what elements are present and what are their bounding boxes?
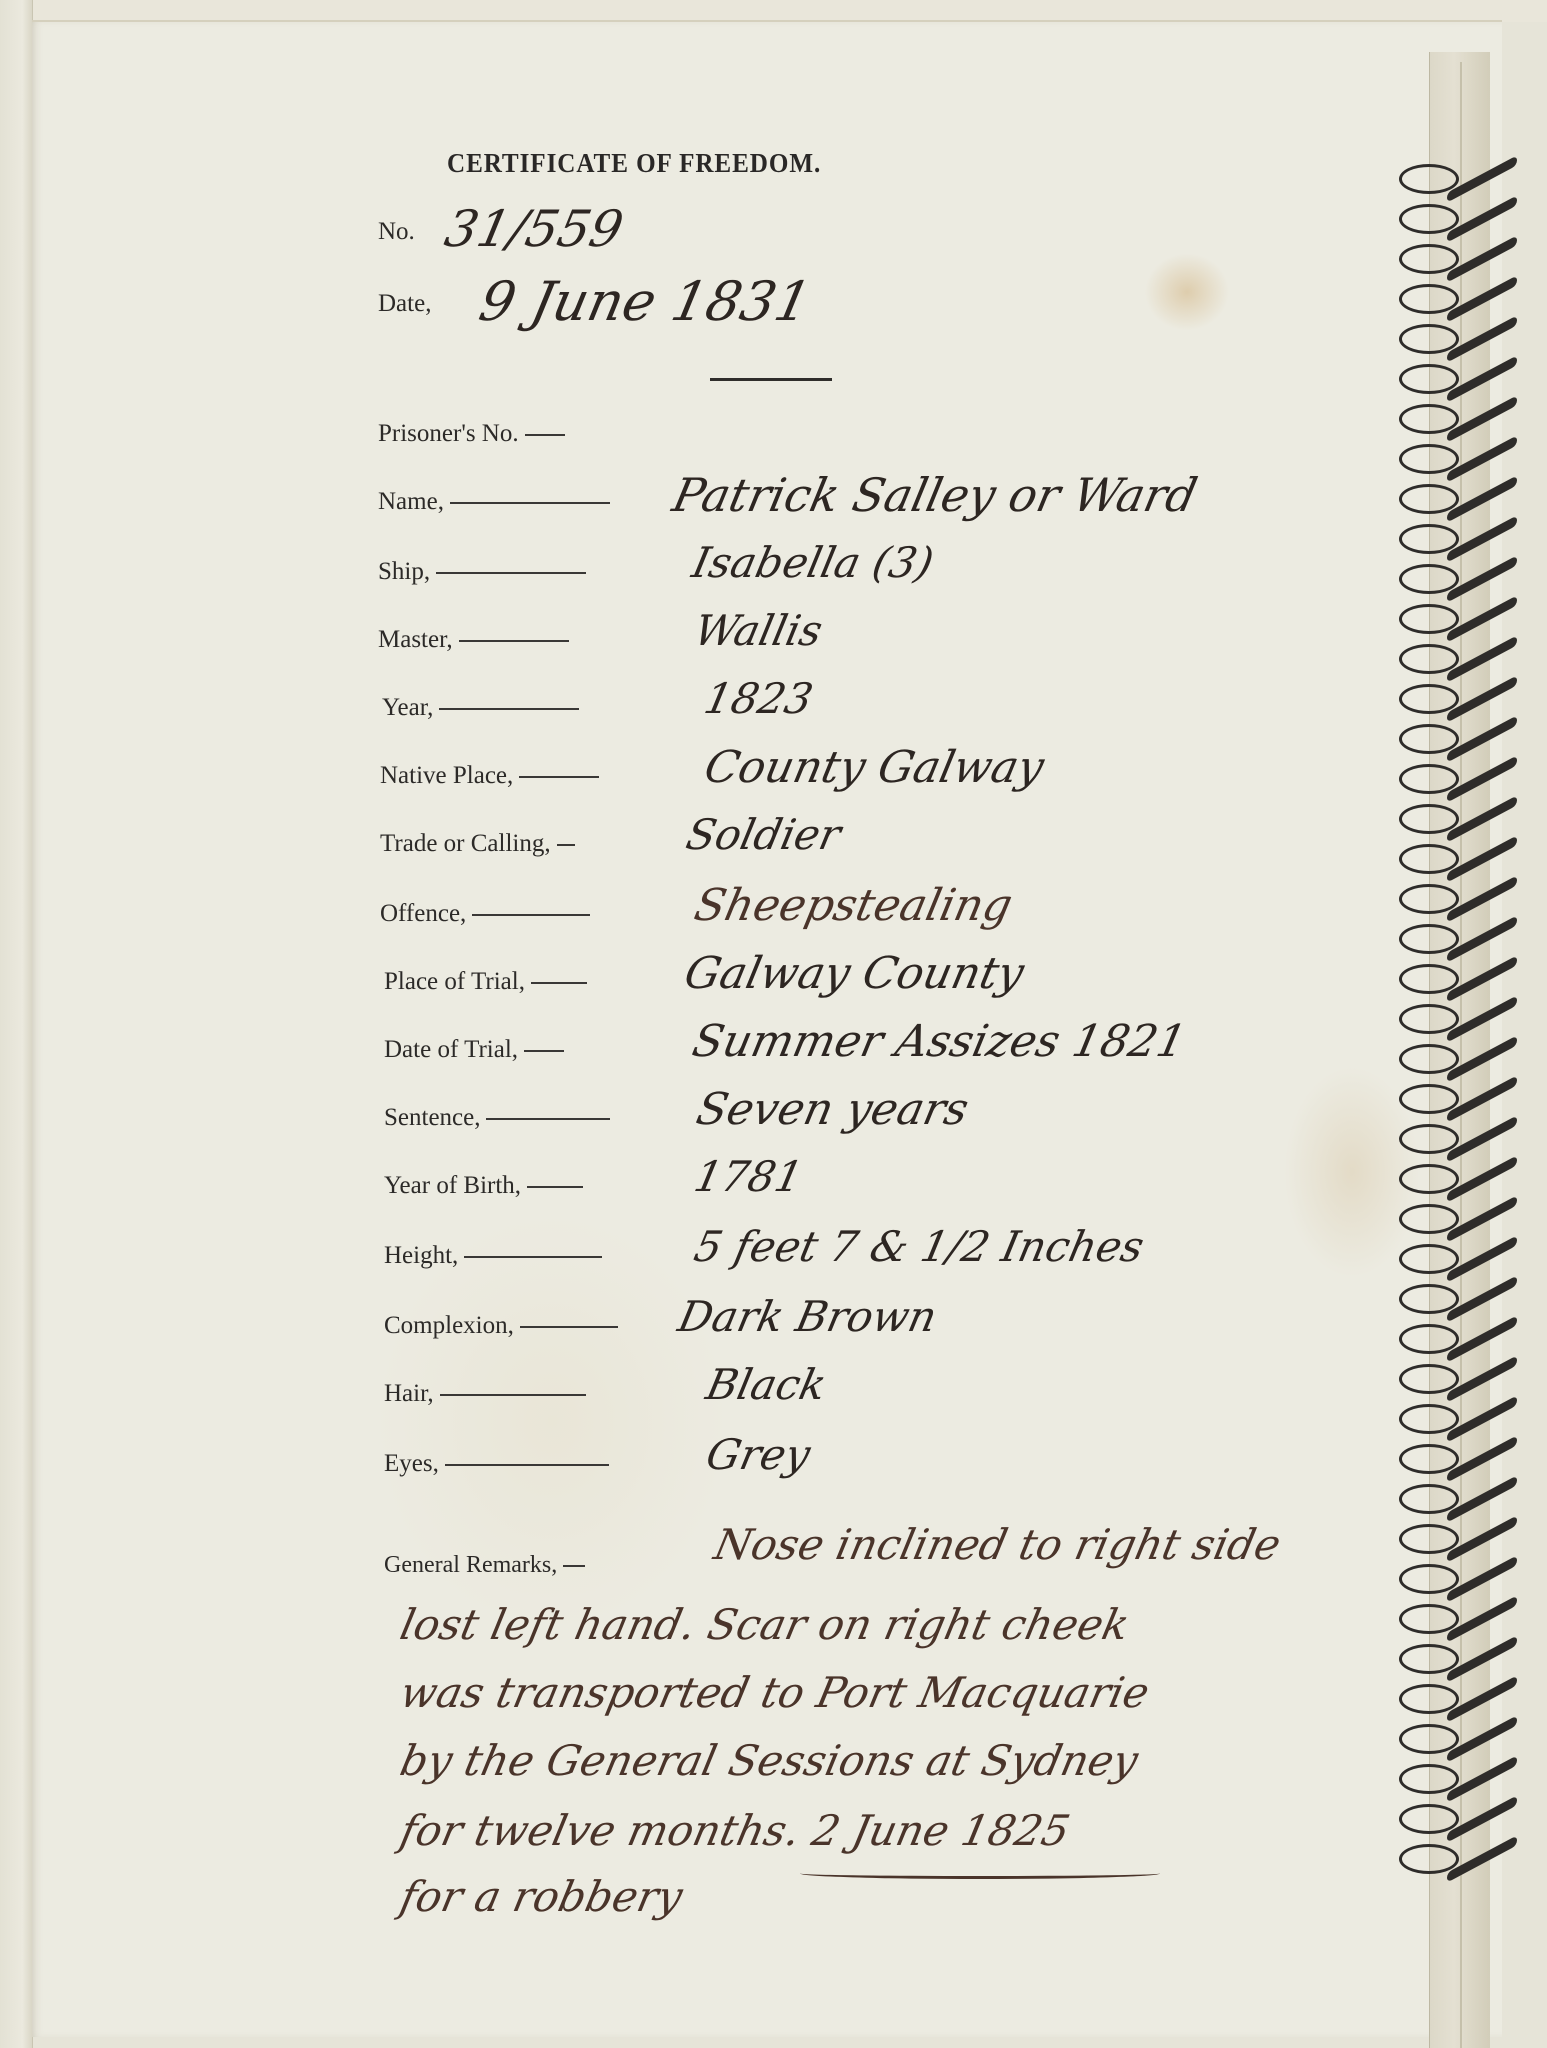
certificate-number: 31/559: [440, 200, 628, 258]
leader-dash: [531, 982, 587, 984]
ornament-loop: [1395, 360, 1535, 400]
loop-icon: [1399, 1644, 1459, 1674]
field-label-text: Ship,: [378, 558, 430, 585]
loop-icon: [1399, 1324, 1459, 1354]
remarks-label: General Remarks,: [384, 1552, 585, 1579]
ornament-loop: [1395, 1840, 1535, 1880]
field-label: Master,: [378, 626, 569, 654]
ornament-loop: [1395, 440, 1535, 480]
ornament-loop: [1395, 400, 1535, 440]
loop-icon: [1399, 964, 1459, 994]
remarks-line-4: by the General Sessions at Sydney: [396, 1736, 1142, 1785]
field-label: Hair,: [384, 1380, 586, 1408]
ornament-loop: [1395, 320, 1535, 360]
field-label-text: Hair,: [384, 1380, 434, 1407]
loop-icon: [1399, 1764, 1459, 1794]
field-value: Black: [702, 1360, 831, 1409]
leader-dash: [524, 1050, 564, 1052]
loop-icon: [1399, 884, 1459, 914]
loop-icon: [1399, 324, 1459, 354]
ornament-loop: [1395, 1680, 1535, 1720]
ornament-loop: [1395, 1640, 1535, 1680]
ornament-loop: [1395, 1280, 1535, 1320]
title-divider: [710, 378, 832, 381]
leader-dash: [450, 502, 610, 504]
loop-icon: [1399, 1124, 1459, 1154]
leader-dash: [472, 914, 590, 916]
ornament-loop: [1395, 800, 1535, 840]
loop-icon: [1399, 684, 1459, 714]
loop-icon: [1399, 1604, 1459, 1634]
field-label: Native Place,: [380, 762, 599, 790]
ornament-loop: [1395, 720, 1535, 760]
leader-dash: [557, 844, 575, 846]
ornament-loop: [1395, 1760, 1535, 1800]
field-label: Complexion,: [384, 1312, 618, 1340]
loop-icon: [1399, 244, 1459, 274]
field-label-text: Complexion,: [384, 1312, 514, 1339]
ornament-loop: [1395, 520, 1535, 560]
loop-icon: [1399, 1444, 1459, 1474]
ornament-loop: [1395, 1480, 1535, 1520]
field-label-text: Place of Trial,: [384, 968, 525, 995]
loop-icon: [1399, 1084, 1459, 1114]
loop-icon: [1399, 644, 1459, 674]
leader-dash: [486, 1118, 610, 1120]
loop-icon: [1399, 1164, 1459, 1194]
backdrop: [0, 0, 1547, 22]
ornament-loop: [1395, 920, 1535, 960]
ornament-loop: [1395, 1200, 1535, 1240]
ornament-loop: [1395, 1400, 1535, 1440]
field-value: County Galway: [700, 742, 1048, 793]
date-label: Date,: [378, 290, 431, 318]
ornament-loop: [1395, 280, 1535, 320]
left-page-edge: [0, 0, 33, 2048]
field-value: Dark Brown: [674, 1292, 941, 1341]
loop-icon: [1399, 1284, 1459, 1314]
ornament-loop: [1395, 160, 1535, 200]
field-value: Grey: [702, 1430, 815, 1479]
field-value: Seven years: [692, 1084, 973, 1135]
remarks-label-text: General Remarks,: [384, 1552, 557, 1578]
document-title: CERTIFICATE OF FREEDOM.: [447, 148, 821, 179]
ornament-loop: [1395, 1240, 1535, 1280]
loop-icon: [1399, 564, 1459, 594]
ornament-loop: [1395, 480, 1535, 520]
field-value: Wallis: [690, 606, 827, 655]
ornament-loop: [1395, 240, 1535, 280]
field-label: Place of Trial,: [384, 968, 587, 996]
field-label-text: Name,: [378, 488, 444, 515]
field-value: Summer Assizes 1821: [688, 1016, 1191, 1067]
leader-dash: [519, 776, 599, 778]
loop-icon: [1399, 1804, 1459, 1834]
remarks-line-3: was transported to Port Macquarie: [396, 1668, 1154, 1717]
loop-icon: [1399, 924, 1459, 954]
loop-icon: [1399, 604, 1459, 634]
field-label-text: Date of Trial,: [384, 1036, 518, 1063]
closing-flourish: [800, 1868, 1160, 1879]
ornament-loop: [1395, 680, 1535, 720]
field-label-text: Master,: [378, 626, 453, 653]
ornament-loop: [1395, 600, 1535, 640]
ornament-loop: [1395, 840, 1535, 880]
loop-icon: [1399, 284, 1459, 314]
loop-icon: [1399, 764, 1459, 794]
field-label: Name,: [378, 488, 610, 516]
ornament-loop: [1395, 1600, 1535, 1640]
ornament-loop: [1395, 1800, 1535, 1840]
field-label-text: Native Place,: [380, 762, 513, 789]
loop-icon: [1399, 1484, 1459, 1514]
field-label-text: Eyes,: [384, 1450, 439, 1477]
field-label: Trade or Calling,: [380, 830, 575, 858]
ornament-loop: [1395, 1560, 1535, 1600]
loop-icon: [1399, 844, 1459, 874]
certificate-date: 9 June 1831: [474, 270, 817, 333]
leader-dash: [525, 434, 565, 436]
leader-dash: [464, 1256, 602, 1258]
loop-icon: [1399, 484, 1459, 514]
remarks-line-1: Nose inclined to right side: [710, 1520, 1285, 1569]
ornament-loop: [1395, 200, 1535, 240]
leader-dash: [563, 1565, 585, 1567]
ornament-loop: [1395, 1120, 1535, 1160]
leader-dash: [436, 572, 586, 574]
number-label: No.: [378, 218, 415, 246]
ornament-loop: [1395, 880, 1535, 920]
loop-icon: [1399, 404, 1459, 434]
field-label-text: Prisoner's No.: [378, 420, 519, 447]
field-label: Offence,: [380, 900, 590, 928]
field-label: Height,: [384, 1242, 602, 1270]
field-value: 1823: [700, 674, 817, 723]
field-value: Patrick Salley or Ward: [668, 468, 1202, 522]
ornament-loop: [1395, 640, 1535, 680]
ornament-loop: [1395, 1360, 1535, 1400]
loop-icon: [1399, 444, 1459, 474]
leader-dash: [527, 1186, 583, 1188]
loop-icon: [1399, 1364, 1459, 1394]
field-label: Date of Trial,: [384, 1036, 564, 1064]
ornament-loop: [1395, 1080, 1535, 1120]
leader-dash: [445, 1464, 609, 1466]
ornament-loop: [1395, 560, 1535, 600]
loop-icon: [1399, 1404, 1459, 1434]
field-label: Eyes,: [384, 1450, 609, 1478]
loop-icon: [1399, 1684, 1459, 1714]
remarks-line-2: lost left hand. Scar on right cheek: [396, 1600, 1134, 1649]
field-label: Ship,: [378, 558, 586, 586]
field-label: Year of Birth,: [384, 1172, 583, 1200]
loop-icon: [1399, 204, 1459, 234]
remarks-line-5: for twelve months. 2 June 1825: [396, 1806, 1074, 1855]
loop-icon: [1399, 1204, 1459, 1234]
field-value: 1781: [690, 1152, 807, 1201]
loop-icon: [1399, 1244, 1459, 1274]
loop-icon: [1399, 1724, 1459, 1754]
field-value: Galway County: [680, 948, 1028, 999]
ornament-loop: [1395, 1000, 1535, 1040]
field-value: Soldier: [682, 810, 845, 859]
ornament-loop: [1395, 960, 1535, 1000]
field-label-text: Trade or Calling,: [380, 830, 551, 857]
loop-icon: [1399, 1844, 1459, 1874]
field-label-text: Height,: [384, 1242, 458, 1269]
leader-dash: [440, 1394, 586, 1396]
field-label: Prisoner's No.: [378, 420, 565, 448]
loop-icon: [1399, 1044, 1459, 1074]
ornament-loop: [1395, 1440, 1535, 1480]
field-label-text: Year,: [382, 694, 433, 721]
loop-icon: [1399, 1524, 1459, 1554]
field-label-text: Year of Birth,: [384, 1172, 521, 1199]
leader-dash: [520, 1326, 618, 1328]
field-label: Year,: [382, 694, 579, 722]
loop-icon: [1399, 364, 1459, 394]
ornament-loop: [1395, 1320, 1535, 1360]
loop-icon: [1399, 1004, 1459, 1034]
ornamental-border: [1395, 160, 1535, 1880]
field-value: Sheepstealing: [690, 880, 1017, 931]
loop-icon: [1399, 164, 1459, 194]
remarks-line-6: for a robbery: [396, 1872, 687, 1921]
loop-icon: [1399, 804, 1459, 834]
leader-dash: [439, 708, 579, 710]
loop-icon: [1399, 1564, 1459, 1594]
ornament-loop: [1395, 1520, 1535, 1560]
field-label-text: Offence,: [380, 900, 466, 927]
ornament-loop: [1395, 1720, 1535, 1760]
ornament-loop: [1395, 760, 1535, 800]
field-value: 5 feet 7 & 1/2 Inches: [690, 1222, 1148, 1271]
field-label: Sentence,: [384, 1104, 610, 1132]
leader-dash: [459, 640, 569, 642]
ornament-loop: [1395, 1040, 1535, 1080]
ornament-loop: [1395, 1160, 1535, 1200]
field-label-text: Sentence,: [384, 1104, 480, 1131]
loop-icon: [1399, 524, 1459, 554]
loop-icon: [1399, 724, 1459, 754]
field-value: Isabella (3): [688, 538, 938, 587]
